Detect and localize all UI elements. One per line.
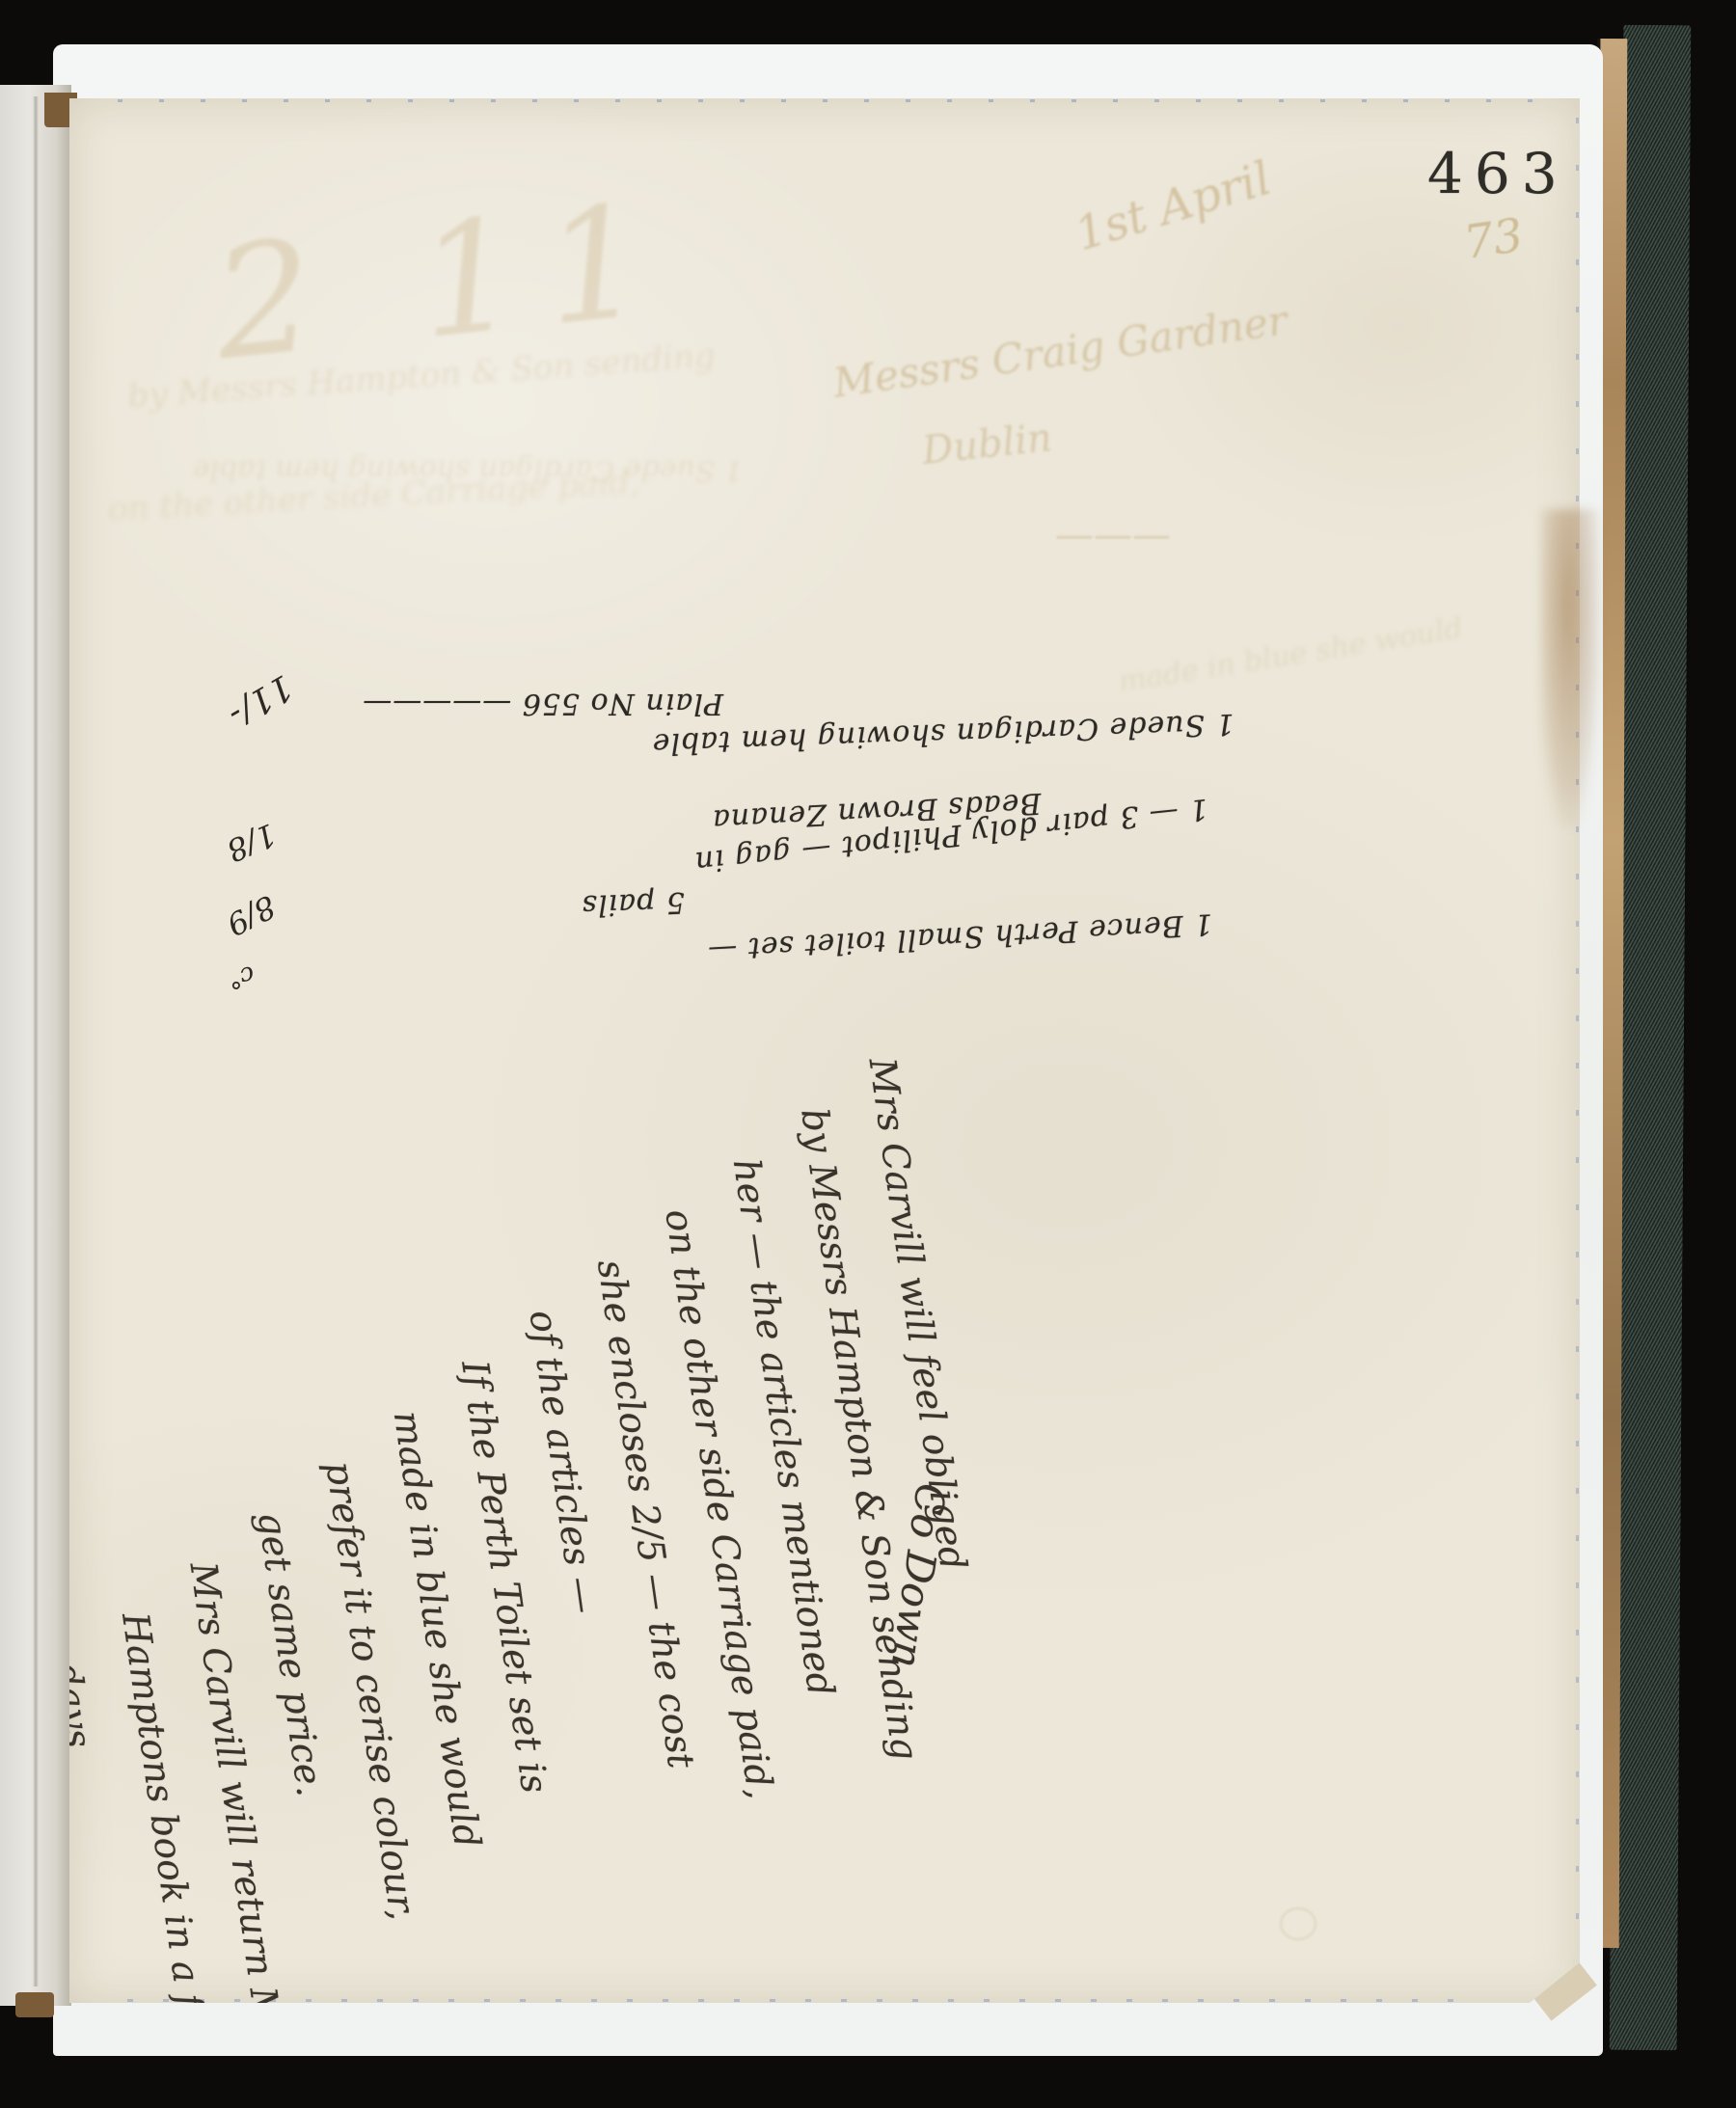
ghost-bleedthrough-line: by Messrs Hampton & Son sending	[126, 337, 717, 416]
paper-stain-ring	[1280, 1907, 1316, 1940]
order-item-price: c°	[224, 959, 257, 994]
ghost-firm-text: Messrs Craig Gardner	[830, 296, 1290, 407]
order-item-desc: 5 pails	[581, 885, 685, 923]
order-item-price: 1/8	[222, 816, 282, 869]
manuscript-photo: 463 73 1st April Messrs Craig Gardner Du…	[0, 0, 1736, 2108]
ghost-page-number: 73	[1460, 208, 1526, 270]
ghost-bleedthrough-line: on the other side Carriage paid,	[107, 463, 640, 529]
letter-body: Mrs Carvill will feel obligedby Messrs H…	[0, 1053, 1004, 1798]
order-item-price: 11/-	[221, 666, 299, 735]
binding-gap-bottom	[15, 1992, 54, 2017]
blue-speckle-edge-bottom	[127, 1999, 1464, 2002]
order-item-row: Plain No 556 ————— 11/-	[227, 681, 723, 720]
ghost-date-text: 1st April	[1069, 151, 1277, 262]
ghost-scrawl-numerals: 2 11	[206, 168, 682, 395]
manuscript-page: 463 73 1st April Messrs Craig Gardner Du…	[69, 98, 1580, 2003]
edge-stain	[1541, 509, 1601, 827]
facing-page-crease	[33, 96, 39, 1986]
order-item-desc: 1 Suede Cardigan showing hem table	[651, 707, 1234, 761]
blue-speckle-edge-right	[1576, 118, 1579, 1945]
ghost-place-text: Dublin	[920, 416, 1054, 473]
page-number: 463	[1427, 141, 1569, 206]
order-item-desc: Plain No 556 —————	[362, 687, 723, 720]
flipped-order-list: 1 Bence Perth Small toilet set — c° 5 pa…	[227, 521, 1239, 974]
order-item-desc: 1 Bence Perth Small toilet set —	[706, 906, 1213, 966]
blue-speckle-edge-top	[118, 99, 1555, 102]
ghost-list-offset-print: 1 Suede Cardigan showing hem table	[145, 453, 743, 487]
